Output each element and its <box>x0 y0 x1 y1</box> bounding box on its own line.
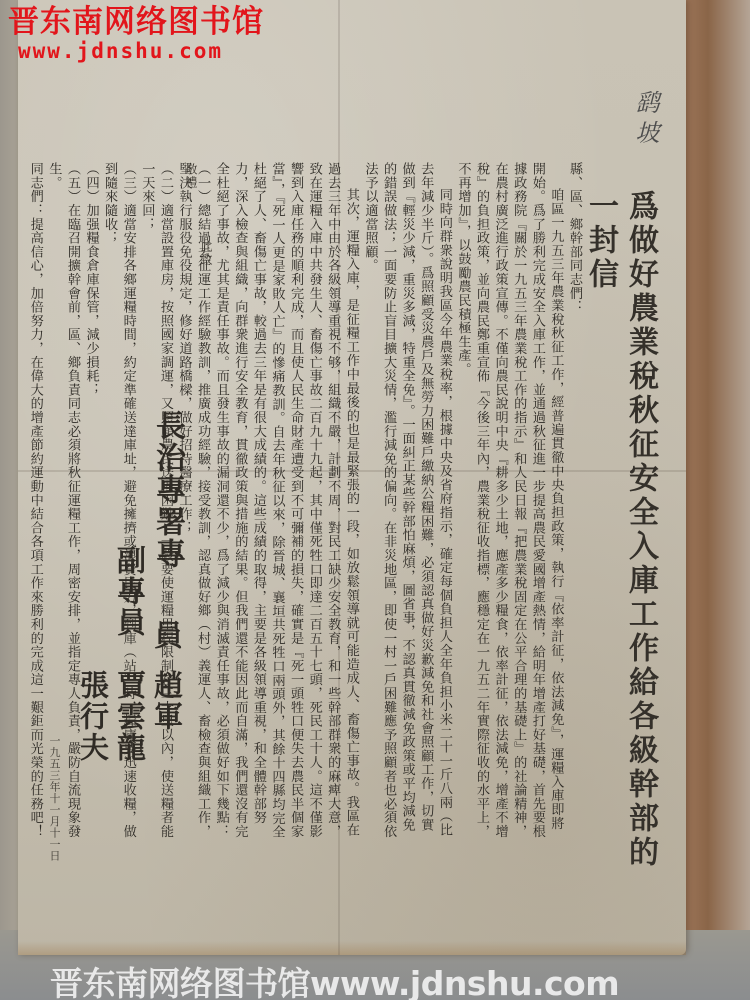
backdrop-cardboard <box>680 0 750 960</box>
signature-organization: 長治專署專 <box>150 410 184 570</box>
watermark-top: 晋东南网络图书馆 www.jdnshu.com <box>8 5 264 63</box>
paragraph: 其次，運糧入庫，是征糧工作中最後的也是最緊張的一段，如放鬆領導就可能造成人、畜傷… <box>211 162 360 842</box>
closing-paragraph: 同志們：提高信心，加倍努力，在偉大的增產節約運動中結合各項工作來勝利的完成這一艱… <box>25 162 44 842</box>
closing-cizhi: 此致 <box>198 240 215 266</box>
handwritten-note: 鹞坡 <box>628 90 663 150</box>
letter-title: 爲做好農業稅秋征安全入庫工作給各級幹部的一封信 <box>580 190 660 870</box>
watermark-url: www.jdnshu.com <box>18 39 264 63</box>
signature-chief-name: 趙軍 <box>150 670 184 732</box>
closing-jingli: 敬禮 <box>183 163 200 189</box>
paragraph: 同時向群衆說明我區今年農業稅率，根據中央及省府指示，確定每個負担人全年負担小米二… <box>360 162 453 842</box>
letter-body: 縣、區、鄉幹部同志們： 咱區一九五三年農業稅秋征工作，經普遍貫徹中央負担政策，執… <box>188 162 583 842</box>
signature-deputy-name: 張行夫 <box>76 670 110 763</box>
signature-chief-title: 員 <box>150 620 184 651</box>
signature-deputy-name: 賈雲龍 <box>113 670 147 763</box>
signature-deputy-title: 副專員 <box>113 545 147 638</box>
paragraph: 咱區一九五三年農業稅秋征工作，經普遍貫徹中央負担政策，執行『依率計征，依法減免』… <box>453 162 565 842</box>
watermark-site-name: 晋东南网络图书馆 <box>8 5 264 39</box>
watermark-bottom: 晋东南网络图书馆www.jdnshu.com <box>50 958 619 1000</box>
salutation: 縣、區、鄉幹部同志們： <box>564 162 583 842</box>
letter-date: 一九五三年十一月十一日 <box>46 735 62 862</box>
